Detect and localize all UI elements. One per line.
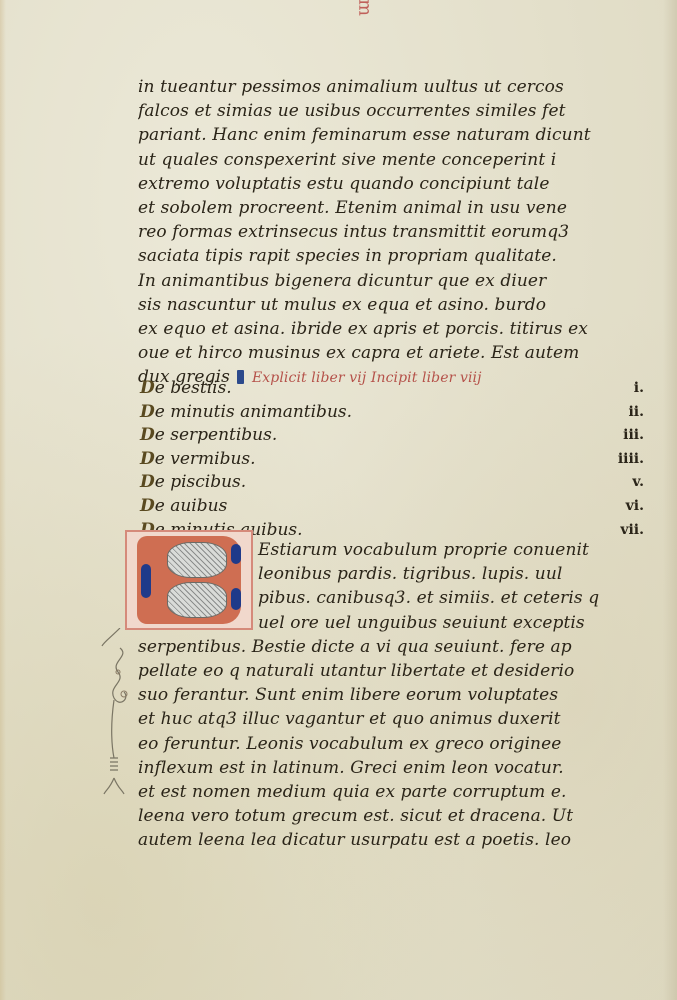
- chapter-title: De piscibus.: [140, 471, 246, 495]
- text-line: leonibus pardis. tigribus. lupis. uul: [138, 562, 658, 586]
- text-line: In animantibus bigenera dicuntur que ex …: [138, 269, 658, 293]
- chapter-title: De minutis animantibus.: [140, 401, 352, 425]
- chapter-title: De bestiis.: [140, 377, 232, 401]
- text-line: et est nomen medium quia ex parte corrup…: [138, 780, 658, 804]
- chapter-list-item: De auibus vi.: [140, 495, 648, 519]
- chapter-list-item: De piscibus. v.: [140, 471, 648, 495]
- text-line: et huc atq3 illuc vagantur et quo animus…: [138, 707, 658, 731]
- chapter-title: De serpentibus.: [140, 424, 277, 448]
- text-block-lower: Estiarum vocabulum proprie conuenit leon…: [138, 538, 658, 852]
- chapter-number: vi.: [626, 495, 648, 519]
- text-line: leena vero totum grecum est. sicut et dr…: [138, 804, 658, 828]
- chapter-number: iii.: [623, 424, 648, 448]
- chapter-list: De bestiis. i. De minutis animantibus. i…: [140, 377, 648, 542]
- text-line: oue et hirco musinus ex capra et ariete.…: [138, 341, 658, 365]
- text-line: falcos et simias ue usibus occurrentes s…: [138, 99, 658, 123]
- chapter-number: v.: [632, 471, 648, 495]
- text-line: pibus. canibusq3. et simiis. et ceteris …: [138, 586, 658, 610]
- text-line: suo ferantur. Sunt enim libere eorum vol…: [138, 683, 658, 707]
- text-line: et sobolem procreent. Etenim animal in u…: [138, 196, 658, 220]
- chapter-list-item: De minutis animantibus. ii.: [140, 401, 648, 425]
- text-line: saciata tipis rapit species in propriam …: [138, 244, 658, 268]
- text-line: ut quales conspexerint sive mente concep…: [138, 148, 658, 172]
- text-line: reo formas extrinsecus intus transmittit…: [138, 220, 658, 244]
- text-line: eo feruntur. Leonis vocabulum ex greco o…: [138, 732, 658, 756]
- marginal-flourish-icon: [100, 628, 140, 828]
- chapter-number: iiii.: [618, 448, 648, 472]
- manuscript-page: ᴟ in tueantur pessimos animalium uultus …: [0, 0, 677, 1000]
- folio-mark: ᴟ: [343, 0, 383, 16]
- chapter-title: De auibus: [140, 495, 227, 519]
- text-line: pariant. Hanc enim feminarum esse natura…: [138, 123, 658, 147]
- text-line: ex equo et asina. ibride ex apris et por…: [138, 317, 658, 341]
- text-line: pellate eo q naturali utantur libertate …: [138, 659, 658, 683]
- text-line: serpentibus. Bestie dicte a vi qua seuiu…: [138, 635, 658, 659]
- chapter-number: ii.: [628, 401, 648, 425]
- text-line: Estiarum vocabulum proprie conuenit: [138, 538, 658, 562]
- chapter-list-item: De bestiis. i.: [140, 377, 648, 401]
- chapter-title: De vermibus.: [140, 448, 256, 472]
- text-line: uel ore uel unguibus seuiunt exceptis: [138, 611, 658, 635]
- text-line: inflexum est in latinum. Greci enim leon…: [138, 756, 658, 780]
- text-line: extremo voluptatis estu quando concipiun…: [138, 172, 658, 196]
- chapter-list-item: De serpentibus. iii.: [140, 424, 648, 448]
- chapter-number: i.: [634, 377, 648, 401]
- text-block-upper: in tueantur pessimos animalium uultus ut…: [138, 75, 658, 389]
- text-line: sis nascuntur ut mulus ex equa et asino.…: [138, 293, 658, 317]
- chapter-list-item: De vermibus. iiii.: [140, 448, 648, 472]
- text-line: in tueantur pessimos animalium uultus ut…: [138, 75, 658, 99]
- text-line: autem leena lea dicatur usurpatu est a p…: [138, 828, 658, 852]
